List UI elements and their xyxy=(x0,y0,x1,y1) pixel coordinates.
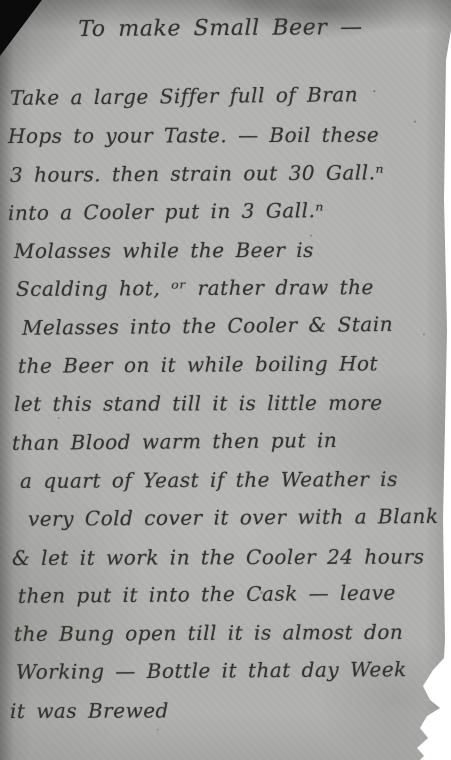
handwriting-layer: To make Small Beer — Take a large Siffer… xyxy=(0,0,451,760)
recipe-line: the Bung open till it is almost don xyxy=(0,613,451,654)
recipe-line: Working — Bottle it that day Week xyxy=(0,650,451,691)
recipe-line: a quart of Yeast if the Weather is xyxy=(0,460,451,501)
recipe-line: very Cold cover it over with a Blank xyxy=(0,497,451,538)
recipe-line: it was Brewed xyxy=(0,690,451,730)
recipe-line: 3 hours. then strain out 30 Gall.ⁿ xyxy=(0,152,451,193)
recipe-line: & let it work in the Cooler 24 hours xyxy=(0,537,451,577)
manuscript-photo: To make Small Beer — Take a large Siffer… xyxy=(0,0,451,760)
recipe-line: Take a large Siffer full of Bran xyxy=(0,74,451,117)
recipe-line: Melasses into the Cooler & Stain xyxy=(0,304,451,347)
recipe-line: then put it into the Cask — leave xyxy=(0,573,451,615)
recipe-line: Molasses while the Beer is xyxy=(0,231,451,271)
recipe-body: Take a large Siffer full of Bran Hops to… xyxy=(0,79,451,730)
recipe-title: To make Small Beer — xyxy=(0,14,441,42)
recipe-line: Hops to your Taste. — Boil these xyxy=(0,116,451,156)
manuscript-paper: To make Small Beer — Take a large Siffer… xyxy=(0,0,451,760)
recipe-line: Scalding hot, ᵒʳ rather draw the xyxy=(0,268,451,309)
recipe-line: into a Cooler put in 3 Gall.ⁿ xyxy=(0,190,451,232)
recipe-line: than Blood warm then put in xyxy=(0,420,451,462)
recipe-line: let this stand till it is little more xyxy=(0,384,451,424)
recipe-line: the Beer on it while boiling Hot xyxy=(0,344,451,385)
